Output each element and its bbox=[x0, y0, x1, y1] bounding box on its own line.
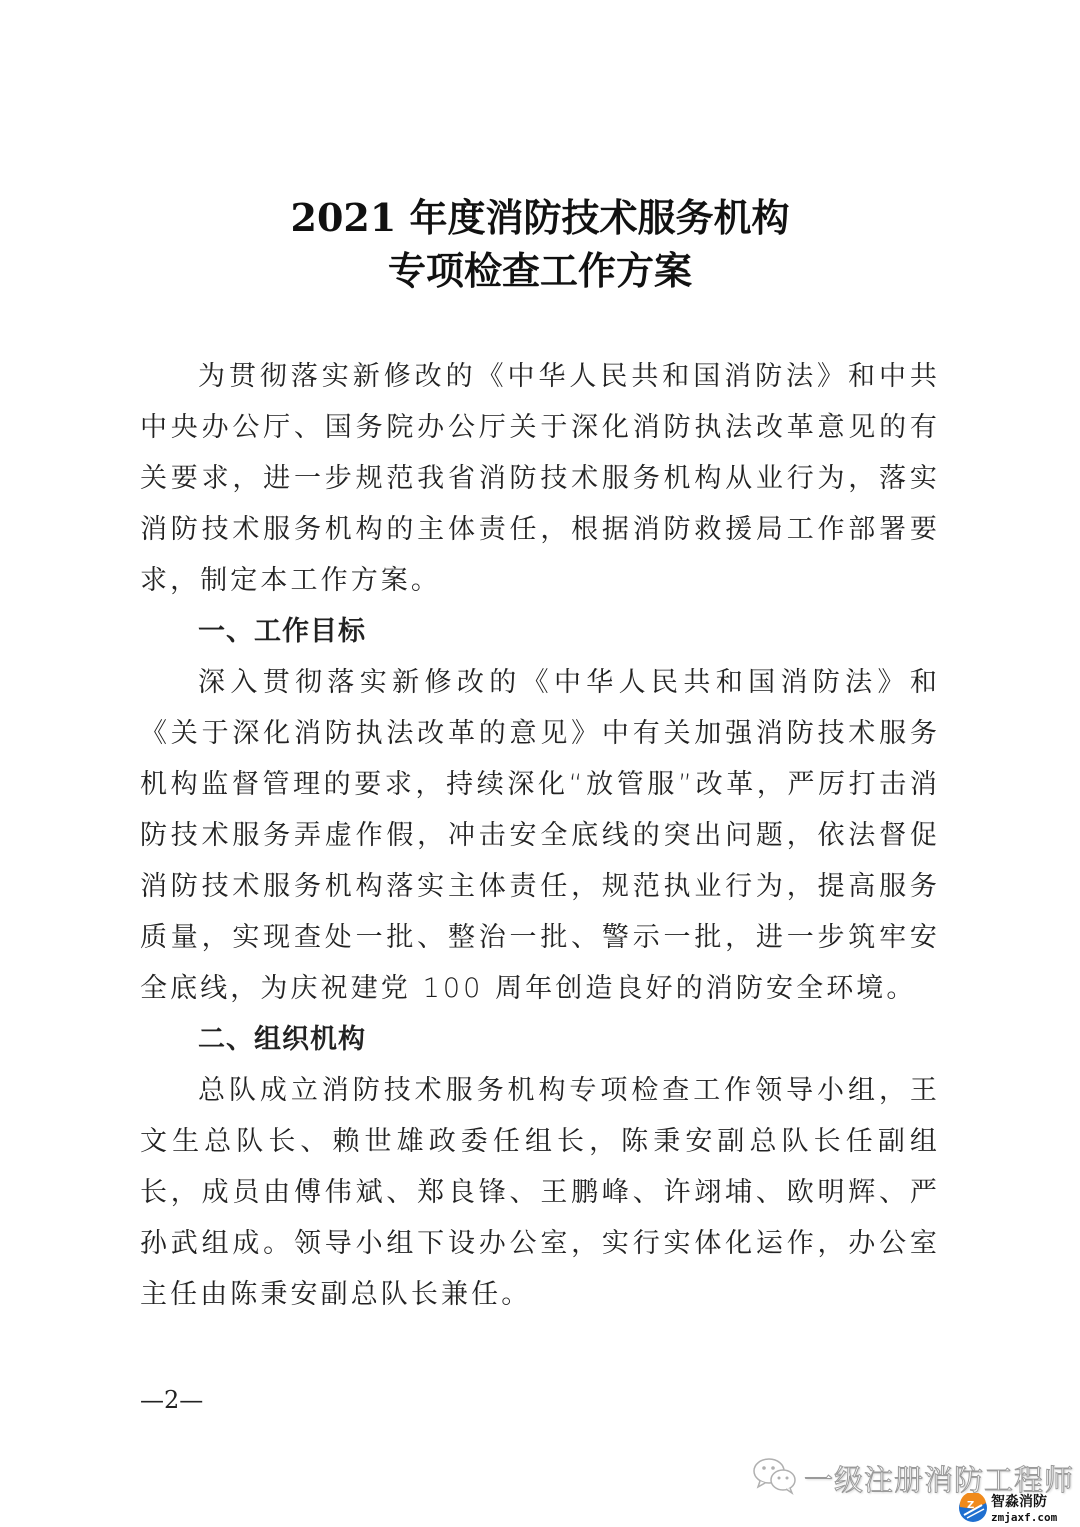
zmjaxf-logo: Z 智淼消防 zmjaxf.com bbox=[958, 1493, 1057, 1527]
intro-paragraph: 为贯彻落实新修改的《中华人民共和国消防法》和中共中央办公厅、国务院办公厅关于深化… bbox=[140, 351, 940, 606]
svg-text:Z: Z bbox=[967, 1500, 974, 1511]
page-number: —2— bbox=[140, 1386, 203, 1414]
section-heading-organization: 二、组织机构 bbox=[140, 1014, 940, 1065]
document-page: 2021 年度消防技术服务机构 专项检查工作方案 为贯彻落实新修改的《中华人民共… bbox=[0, 0, 1080, 1527]
document-title-line2: 专项检查工作方案 bbox=[0, 246, 1080, 296]
logo-url: zmjaxf.com bbox=[991, 1510, 1057, 1525]
document-body: 为贯彻落实新修改的《中华人民共和国消防法》和中共中央办公厅、国务院办公厅关于深化… bbox=[140, 351, 940, 1320]
zmjaxf-logo-icon: Z bbox=[958, 1493, 988, 1527]
document-title-line1: 2021 年度消防技术服务机构 bbox=[0, 193, 1080, 243]
wechat-icon bbox=[752, 1456, 798, 1500]
section-heading-goals: 一、工作目标 bbox=[140, 606, 940, 657]
section-paragraph-goals: 深入贯彻落实新修改的《中华人民共和国消防法》和《关于深化消防执法改革的意见》中有… bbox=[140, 657, 940, 1014]
section-paragraph-organization: 总队成立消防技术服务机构专项检查工作领导小组，王文生总队长、赖世雄政委任组长，陈… bbox=[140, 1065, 940, 1320]
logo-name: 智淼消防 bbox=[991, 1495, 1057, 1510]
